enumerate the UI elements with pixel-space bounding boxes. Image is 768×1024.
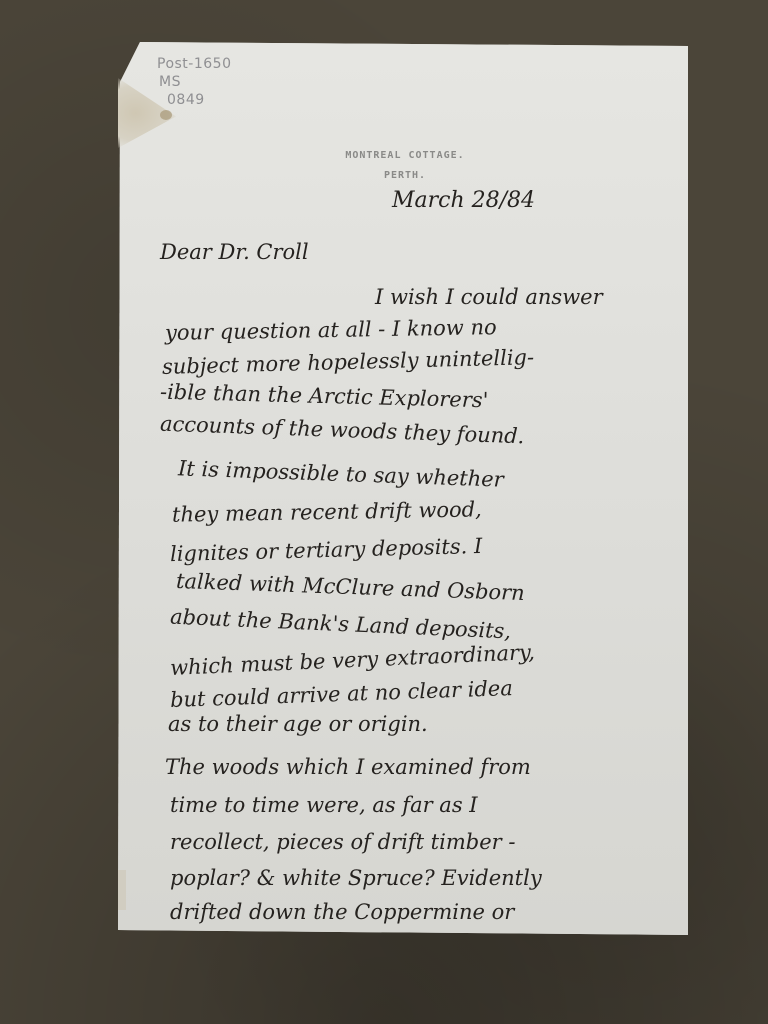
letterhead-line-2: PERTH. <box>330 166 480 186</box>
body-line: drifted down the Coppermine or <box>170 900 514 924</box>
paper-edge-mark <box>118 870 126 910</box>
letterhead-stamp: MONTREAL COTTAGE. PERTH. <box>330 146 480 186</box>
letterhead-line-1: MONTREAL COTTAGE. <box>330 146 480 166</box>
letter-salutation: Dear Dr. Croll <box>160 240 309 264</box>
body-line: The woods which I examined from <box>165 755 531 779</box>
archive-line: Post-1650 <box>157 55 231 73</box>
body-line: time to time were, as far as I <box>170 793 478 817</box>
stain-spot <box>160 110 172 120</box>
body-line: poplar? & white Spruce? Evidently <box>170 866 542 890</box>
document-photo: Post-1650 MS 0849 MONTREAL COTTAGE. PERT… <box>0 0 768 1024</box>
body-line: recollect, pieces of drift timber - <box>170 830 515 854</box>
body-line: as to their age or origin. <box>168 712 428 736</box>
body-line: I wish I could answer <box>375 285 603 309</box>
archive-line: 0849 <box>157 91 231 109</box>
letter-date: March 28/84 <box>392 188 535 213</box>
archive-reference: Post-1650 MS 0849 <box>157 55 231 109</box>
archive-line: MS <box>157 73 231 91</box>
